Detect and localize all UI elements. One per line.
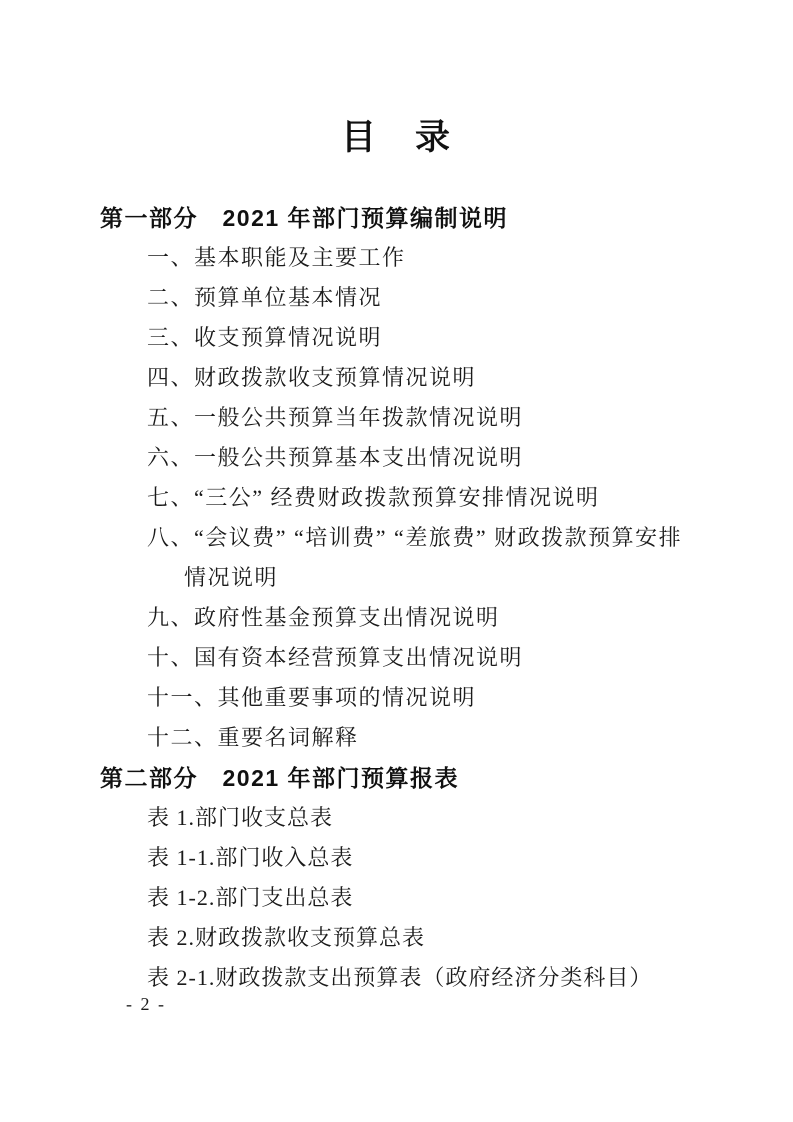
toc-entry: 一、基本职能及主要工作 [0,238,793,278]
page-title: 目 录 [0,110,793,160]
toc-entry: 十一、其他重要事项的情况说明 [0,678,793,718]
toc-entry: 表 2.财政拨款收支预算总表 [0,918,793,958]
toc-entry: 表 1-1.部门收入总表 [0,838,793,878]
toc-entry: 十、国有资本经营预算支出情况说明 [0,638,793,678]
toc-entry: 四、财政拨款收支预算情况说明 [0,358,793,398]
toc-part-heading: 第二部分 2021 年部门预算报表 [0,758,793,798]
toc-entry: 表 2-1.财政拨款支出预算表（政府经济分类科目） [0,958,793,998]
page-number: - 2 - [126,994,166,1015]
toc-entry: 七、“三公” 经费财政拨款预算安排情况说明 [0,478,793,518]
toc-entry: 二、预算单位基本情况 [0,278,793,318]
toc-part-heading: 第一部分 2021 年部门预算编制说明 [0,198,793,238]
document-page: 目 录 第一部分 2021 年部门预算编制说明一、基本职能及主要工作二、预算单位… [0,0,793,1122]
toc-list: 第一部分 2021 年部门预算编制说明一、基本职能及主要工作二、预算单位基本情况… [0,198,793,998]
toc-entry: 表 1.部门收支总表 [0,798,793,838]
toc-entry: 九、政府性基金预算支出情况说明 [0,598,793,638]
toc-entry: 情况说明 [0,558,793,598]
toc-entry: 十二、重要名词解释 [0,718,793,758]
toc-entry: 六、一般公共预算基本支出情况说明 [0,438,793,478]
toc-entry: 八、“会议费” “培训费” “差旅费” 财政拨款预算安排 [0,518,793,558]
toc-entry: 五、一般公共预算当年拨款情况说明 [0,398,793,438]
toc-entry: 表 1-2.部门支出总表 [0,878,793,918]
toc-entry: 三、收支预算情况说明 [0,318,793,358]
